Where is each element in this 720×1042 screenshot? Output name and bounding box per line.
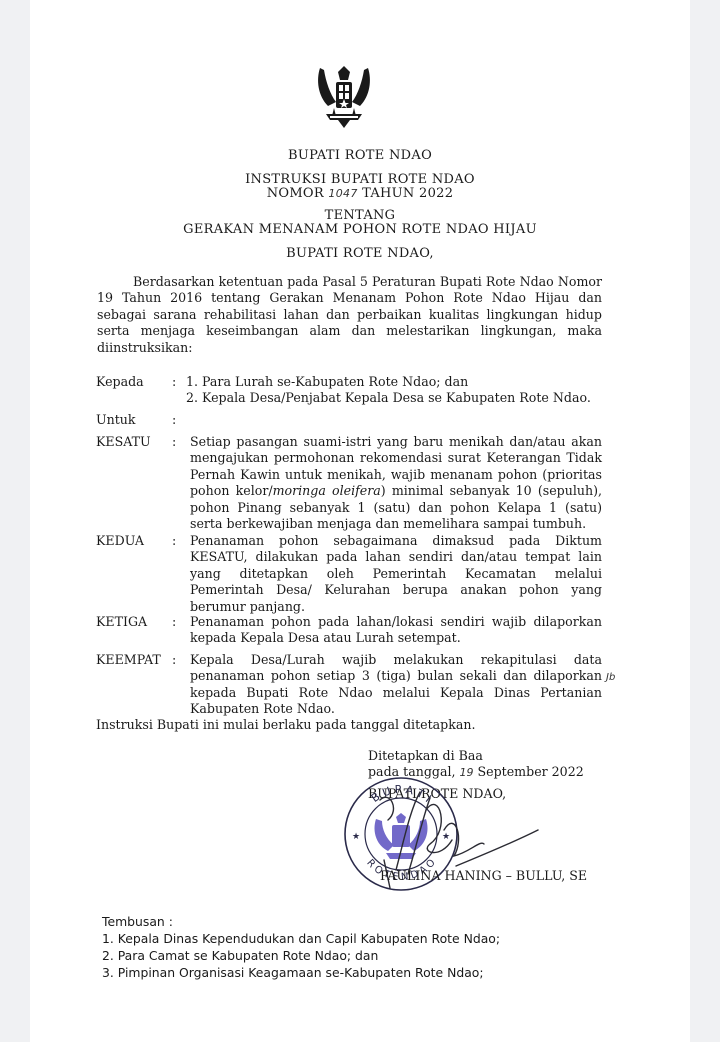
preamble: Berdasarkan ketentuan pada Pasal 5 Perat… bbox=[97, 274, 602, 356]
dictum-text-kesatu: Setiap pasangan suami-istri yang baru me… bbox=[190, 434, 602, 532]
recipient-item-1: 1. Para Lurah se-Kabupaten Rote Ndao; da… bbox=[186, 374, 468, 390]
header-title: BUPATI ROTE NDAO bbox=[30, 148, 690, 163]
dictum-text-keempat: Kepala Desa/Lurah wajib melakukan rekapi… bbox=[190, 652, 602, 718]
cc-title: Tembusan : bbox=[102, 914, 173, 931]
closing-statement: Instruksi Bupati ini mulai berlaku pada … bbox=[96, 717, 475, 733]
dictum-colon: : bbox=[172, 614, 176, 629]
purpose-colon: : bbox=[172, 412, 176, 427]
about-label: TENTANG bbox=[30, 208, 690, 223]
number-suffix: TAHUN 2022 bbox=[362, 186, 453, 201]
cc-item-2: 2. Para Camat se Kabupaten Rote Ndao; da… bbox=[102, 948, 378, 965]
recipients-label: Kepada bbox=[96, 374, 144, 389]
dictum-colon: : bbox=[172, 533, 176, 548]
dictum-text-kedua: Penanaman pohon sebagaimana dimaksud pad… bbox=[190, 533, 602, 615]
number-prefix: NOMOR bbox=[267, 186, 324, 201]
document-page: BUPATI ROTE NDAO INSTRUKSI BUPATI ROTE N… bbox=[30, 0, 690, 1042]
signatory-name: PAULINA HANING – BULLU, SE bbox=[380, 868, 587, 884]
dictum-label-keempat: KEEMPAT bbox=[96, 652, 161, 667]
instruction-title: INSTRUKSI BUPATI ROTE NDAO bbox=[30, 172, 690, 187]
dictum-colon: : bbox=[172, 434, 176, 449]
dictum-colon: : bbox=[172, 652, 176, 667]
subject-title: GERAKAN MENANAM POHON ROTE NDAO HIJAU bbox=[30, 222, 690, 237]
cc-item-1: 1. Kepala Dinas Kependudukan dan Capil K… bbox=[102, 931, 500, 948]
purpose-label: Untuk bbox=[96, 412, 136, 427]
cc-item-3: 3. Pimpinan Organisasi Keagamaan se-Kabu… bbox=[102, 965, 484, 982]
dictum-label-ketiga: KETIGA bbox=[96, 614, 147, 629]
svg-text:★: ★ bbox=[352, 832, 360, 842]
issuer-title: BUPATI ROTE NDAO, bbox=[30, 246, 690, 261]
dictum-text-ketiga: Penanaman pohon pada lahan/lokasi sendir… bbox=[190, 614, 602, 647]
margin-paraf: Jb bbox=[606, 672, 615, 683]
recipient-item-2: 2. Kepala Desa/Penjabat Kepala Desa se K… bbox=[186, 390, 591, 406]
instruction-number: NOMOR 1047 TAHUN 2022 bbox=[30, 186, 690, 201]
number-handwritten: 1047 bbox=[328, 187, 357, 200]
dictum-label-kedua: KEDUA bbox=[96, 533, 144, 548]
garuda-emblem-icon bbox=[312, 58, 376, 138]
dictum-label-kesatu: KESATU bbox=[96, 434, 151, 449]
signature-place: Ditetapkan di Baa bbox=[368, 748, 483, 764]
recipients-colon: : bbox=[172, 374, 176, 389]
